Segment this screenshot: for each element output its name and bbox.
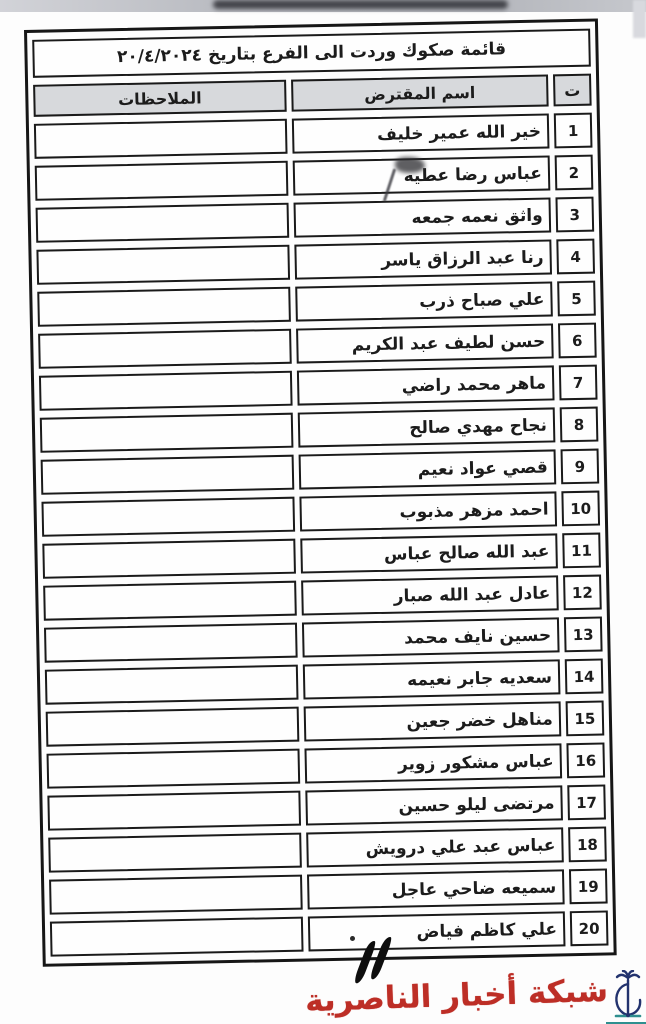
row-index: 6 <box>558 323 597 359</box>
row-index: 14 <box>565 659 604 695</box>
borrower-name: حسن لطيف عبد الكريم <box>296 323 554 363</box>
watermark-text: شبكة أخبار الناصرية <box>301 973 609 1020</box>
notes-cell <box>47 749 301 789</box>
borrower-name: عباس عبد علي درويش <box>306 827 564 867</box>
table-row: 17 مرتضى ليلو حسين <box>47 784 606 830</box>
borrower-name: علي صباح ذرب <box>295 281 553 321</box>
table-row: 19 سميعه ضاحي عاجل <box>49 868 608 914</box>
notes-cell <box>36 203 290 243</box>
notes-cell <box>36 245 290 285</box>
row-index: 13 <box>564 617 603 653</box>
table-row: 16 عباس مشكور زوير <box>47 742 606 788</box>
table-row: 8 نجاح مهدي صالح <box>40 407 599 453</box>
notes-cell <box>39 371 293 411</box>
row-index: 16 <box>566 742 605 778</box>
notes-cell <box>34 119 288 159</box>
borrower-name: عباس رضا عطيه <box>293 155 551 195</box>
document-title: قائمة صكوك وردت الى الفرع بتاريخ ٢٠/٤/٢٠… <box>32 29 591 78</box>
scanned-document-photo: { "document": { "title": "قائمة صكوك ورد… <box>0 0 646 1024</box>
table-row: 18 عباس عبد علي درويش <box>48 826 607 872</box>
borrower-name: عباس مشكور زوير <box>304 743 562 783</box>
table-row: 9 قصي عواد نعيم <box>41 449 600 495</box>
borrower-name: رنا عبد الرزاق ياسر <box>294 239 552 279</box>
notes-cell <box>43 581 297 621</box>
row-index: 7 <box>559 365 598 401</box>
borrower-name: مناهل خضر جعين <box>304 701 562 741</box>
row-index: 15 <box>565 701 604 737</box>
page-title: قائمة صكوك وردت الى الفرع بتاريخ ٢٠/٤/٢٠… <box>117 39 506 67</box>
row-index: 1 <box>554 113 593 149</box>
borrower-name: واثق نعمه جمعه <box>293 197 551 237</box>
borrower-name: سميعه ضاحي عاجل <box>307 869 565 909</box>
table-row: 15 مناهل خضر جعين <box>46 701 605 747</box>
table-row: 4 رنا عبد الرزاق ياسر <box>36 239 595 285</box>
nasiriyah-monument-icon <box>610 970 646 1022</box>
borrower-name: عادل عبد الله صبار <box>301 575 559 615</box>
borrower-name: احمد مزهر مذبوب <box>299 491 557 531</box>
row-index: 11 <box>562 533 601 569</box>
table-row: 11 عبد الله صالح عباس <box>42 533 601 579</box>
table-row: 6 حسن لطيف عبد الكريم <box>38 323 597 369</box>
title-row: قائمة صكوك وردت الى الفرع بتاريخ ٢٠/٤/٢٠… <box>32 29 591 78</box>
borrower-name: سعديه جابر نعيمه <box>303 659 561 699</box>
notes-cell <box>44 623 298 663</box>
table-row: 13 حسين نايف محمد <box>44 617 603 663</box>
header-row: ت اسم المقترض الملاحظات <box>33 74 592 117</box>
notes-cell <box>49 875 303 915</box>
column-header-notes: الملاحظات <box>33 80 287 117</box>
notes-cell <box>41 497 295 537</box>
row-index: 9 <box>560 449 599 485</box>
table-row: 12 عادل عبد الله صبار <box>43 575 602 621</box>
row-index: 4 <box>556 239 595 275</box>
table-row: 14 سعديه جابر نعيمه <box>45 659 604 705</box>
scan-shadow-smudge <box>213 0 508 9</box>
table-row: 5 علي صباح ذرب <box>37 281 596 327</box>
table-row: 3 واثق نعمه جمعه <box>36 197 595 243</box>
borrower-name: علي كاظم فياض <box>308 911 566 951</box>
table-row: 7 ماهر محمد راضي <box>39 365 598 411</box>
borrower-name: قصي عواد نعيم <box>299 449 557 489</box>
row-index: 2 <box>554 155 593 191</box>
table-row: 2 عباس رضا عطيه <box>35 155 594 201</box>
scan-corner-shade <box>633 0 646 38</box>
notes-cell <box>42 539 296 579</box>
borrower-name: ماهر محمد راضي <box>297 365 555 405</box>
row-index: 20 <box>570 910 609 946</box>
notes-cell <box>45 665 299 705</box>
table-row: 20 علي كاظم فياض <box>50 910 609 956</box>
borrower-name: خير الله عمير خليف <box>292 113 550 153</box>
row-index: 10 <box>561 491 600 527</box>
row-index: 5 <box>557 281 596 317</box>
notes-cell <box>35 161 289 201</box>
notes-cell <box>38 329 292 369</box>
pen-dot <box>350 936 355 941</box>
row-index: 18 <box>568 826 607 862</box>
column-header-index: ت <box>553 74 592 107</box>
notes-cell <box>47 791 301 831</box>
row-index: 19 <box>569 868 608 904</box>
news-network-watermark: شبكة أخبار الناصرية <box>301 970 646 1022</box>
table-row: 10 احمد مزهر مذبوب <box>41 491 600 537</box>
notes-cell <box>48 833 302 873</box>
cheques-table: قائمة صكوك وردت الى الفرع بتاريخ ٢٠/٤/٢٠… <box>24 18 617 966</box>
column-header-name: اسم المقترض <box>291 74 549 111</box>
document-sheet: قائمة صكوك وردت الى الفرع بتاريخ ٢٠/٤/٢٠… <box>24 18 617 966</box>
borrower-name: مرتضى ليلو حسين <box>305 785 563 825</box>
row-index: 8 <box>560 407 599 443</box>
notes-cell <box>41 455 295 495</box>
row-index: 3 <box>555 197 594 233</box>
notes-cell <box>37 287 291 327</box>
table-row: 1 خير الله عمير خليف <box>34 113 593 159</box>
borrower-name: نجاح مهدي صالح <box>298 407 556 447</box>
row-index: 12 <box>563 575 602 611</box>
borrower-name: حسين نايف محمد <box>302 617 560 657</box>
notes-cell <box>40 413 294 453</box>
row-index: 17 <box>567 784 606 820</box>
notes-cell <box>50 917 304 957</box>
notes-cell <box>46 707 300 747</box>
borrower-name: عبد الله صالح عباس <box>300 533 558 573</box>
